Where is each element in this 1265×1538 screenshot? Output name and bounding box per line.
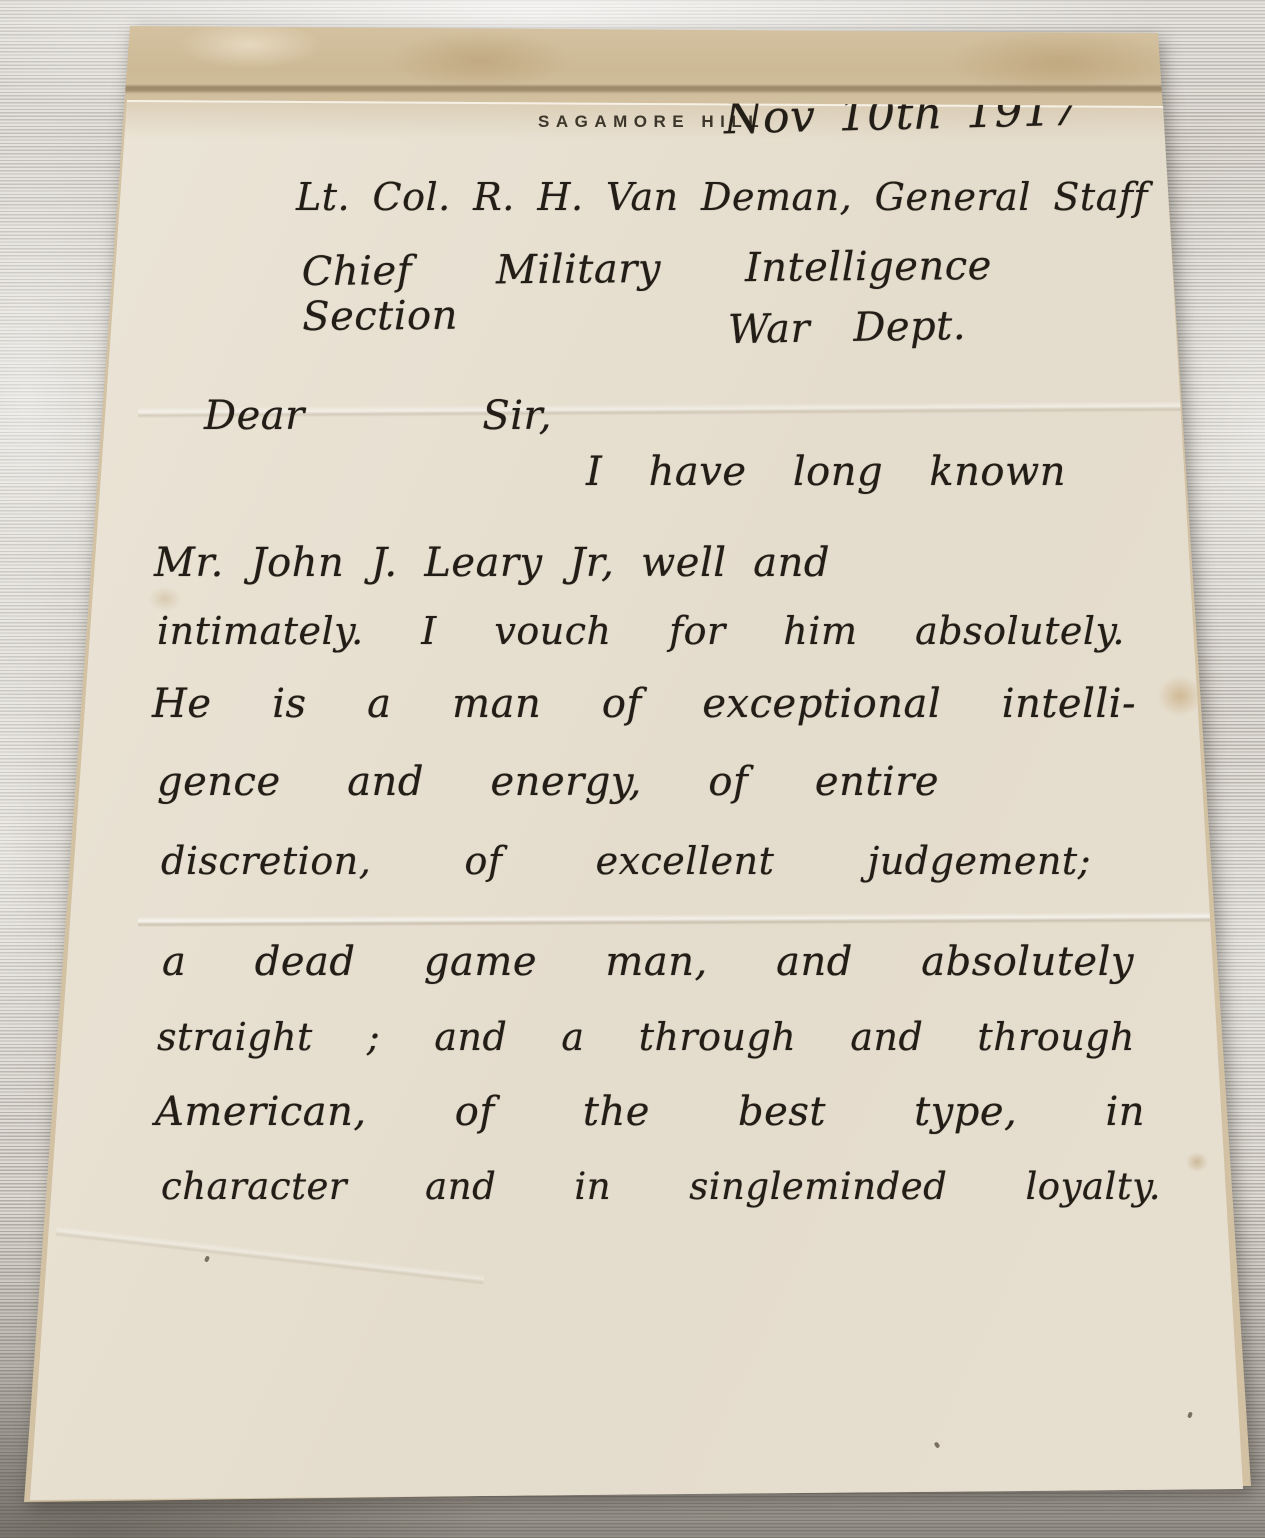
body-line-8: straight ; and a through and through bbox=[157, 1016, 1135, 1059]
body-line-2: Mr. John J. Leary Jr, well and bbox=[154, 541, 830, 586]
ink-speck bbox=[934, 1441, 941, 1448]
ink-speck bbox=[1187, 1411, 1193, 1418]
body-line-5: gence and energy, of entire bbox=[157, 760, 939, 805]
ink-speck bbox=[204, 1255, 210, 1262]
recipient-line-3: War Dept. bbox=[728, 304, 967, 353]
age-stain bbox=[1186, 1152, 1208, 1172]
body-line-4: He is a man of exceptional intelli- bbox=[152, 682, 1136, 727]
paper-stack: SAGAMORE HILL. Nov 10th 1917 Lt. Col. R.… bbox=[0, 0, 1265, 1538]
age-stain bbox=[1158, 676, 1202, 716]
body-line-3: intimately. I vouch for him absolutely. bbox=[157, 610, 1125, 653]
body-line-6: discretion, of excellent judgement; bbox=[161, 840, 1091, 883]
body-line-10: character and in singleminded loyalty. bbox=[161, 1166, 1161, 1207]
recipient-line-1: Lt. Col. R. H. Van Deman, General Staff bbox=[296, 176, 1148, 219]
body-line-7: a dead game man, and absolutely bbox=[162, 940, 1134, 985]
salutation: Dear Sir, bbox=[204, 394, 552, 439]
fold-crease-lower bbox=[56, 1226, 484, 1286]
photo-of-handwritten-letter: SAGAMORE HILL. Nov 10th 1917 Lt. Col. R.… bbox=[0, 0, 1265, 1538]
fold-crease-middle bbox=[138, 912, 1237, 928]
body-line-9: American, of the best type, in bbox=[155, 1090, 1145, 1135]
letter-sheet: SAGAMORE HILL. Nov 10th 1917 Lt. Col. R.… bbox=[0, 0, 1265, 1538]
body-line-1: I have long known bbox=[586, 450, 1066, 495]
